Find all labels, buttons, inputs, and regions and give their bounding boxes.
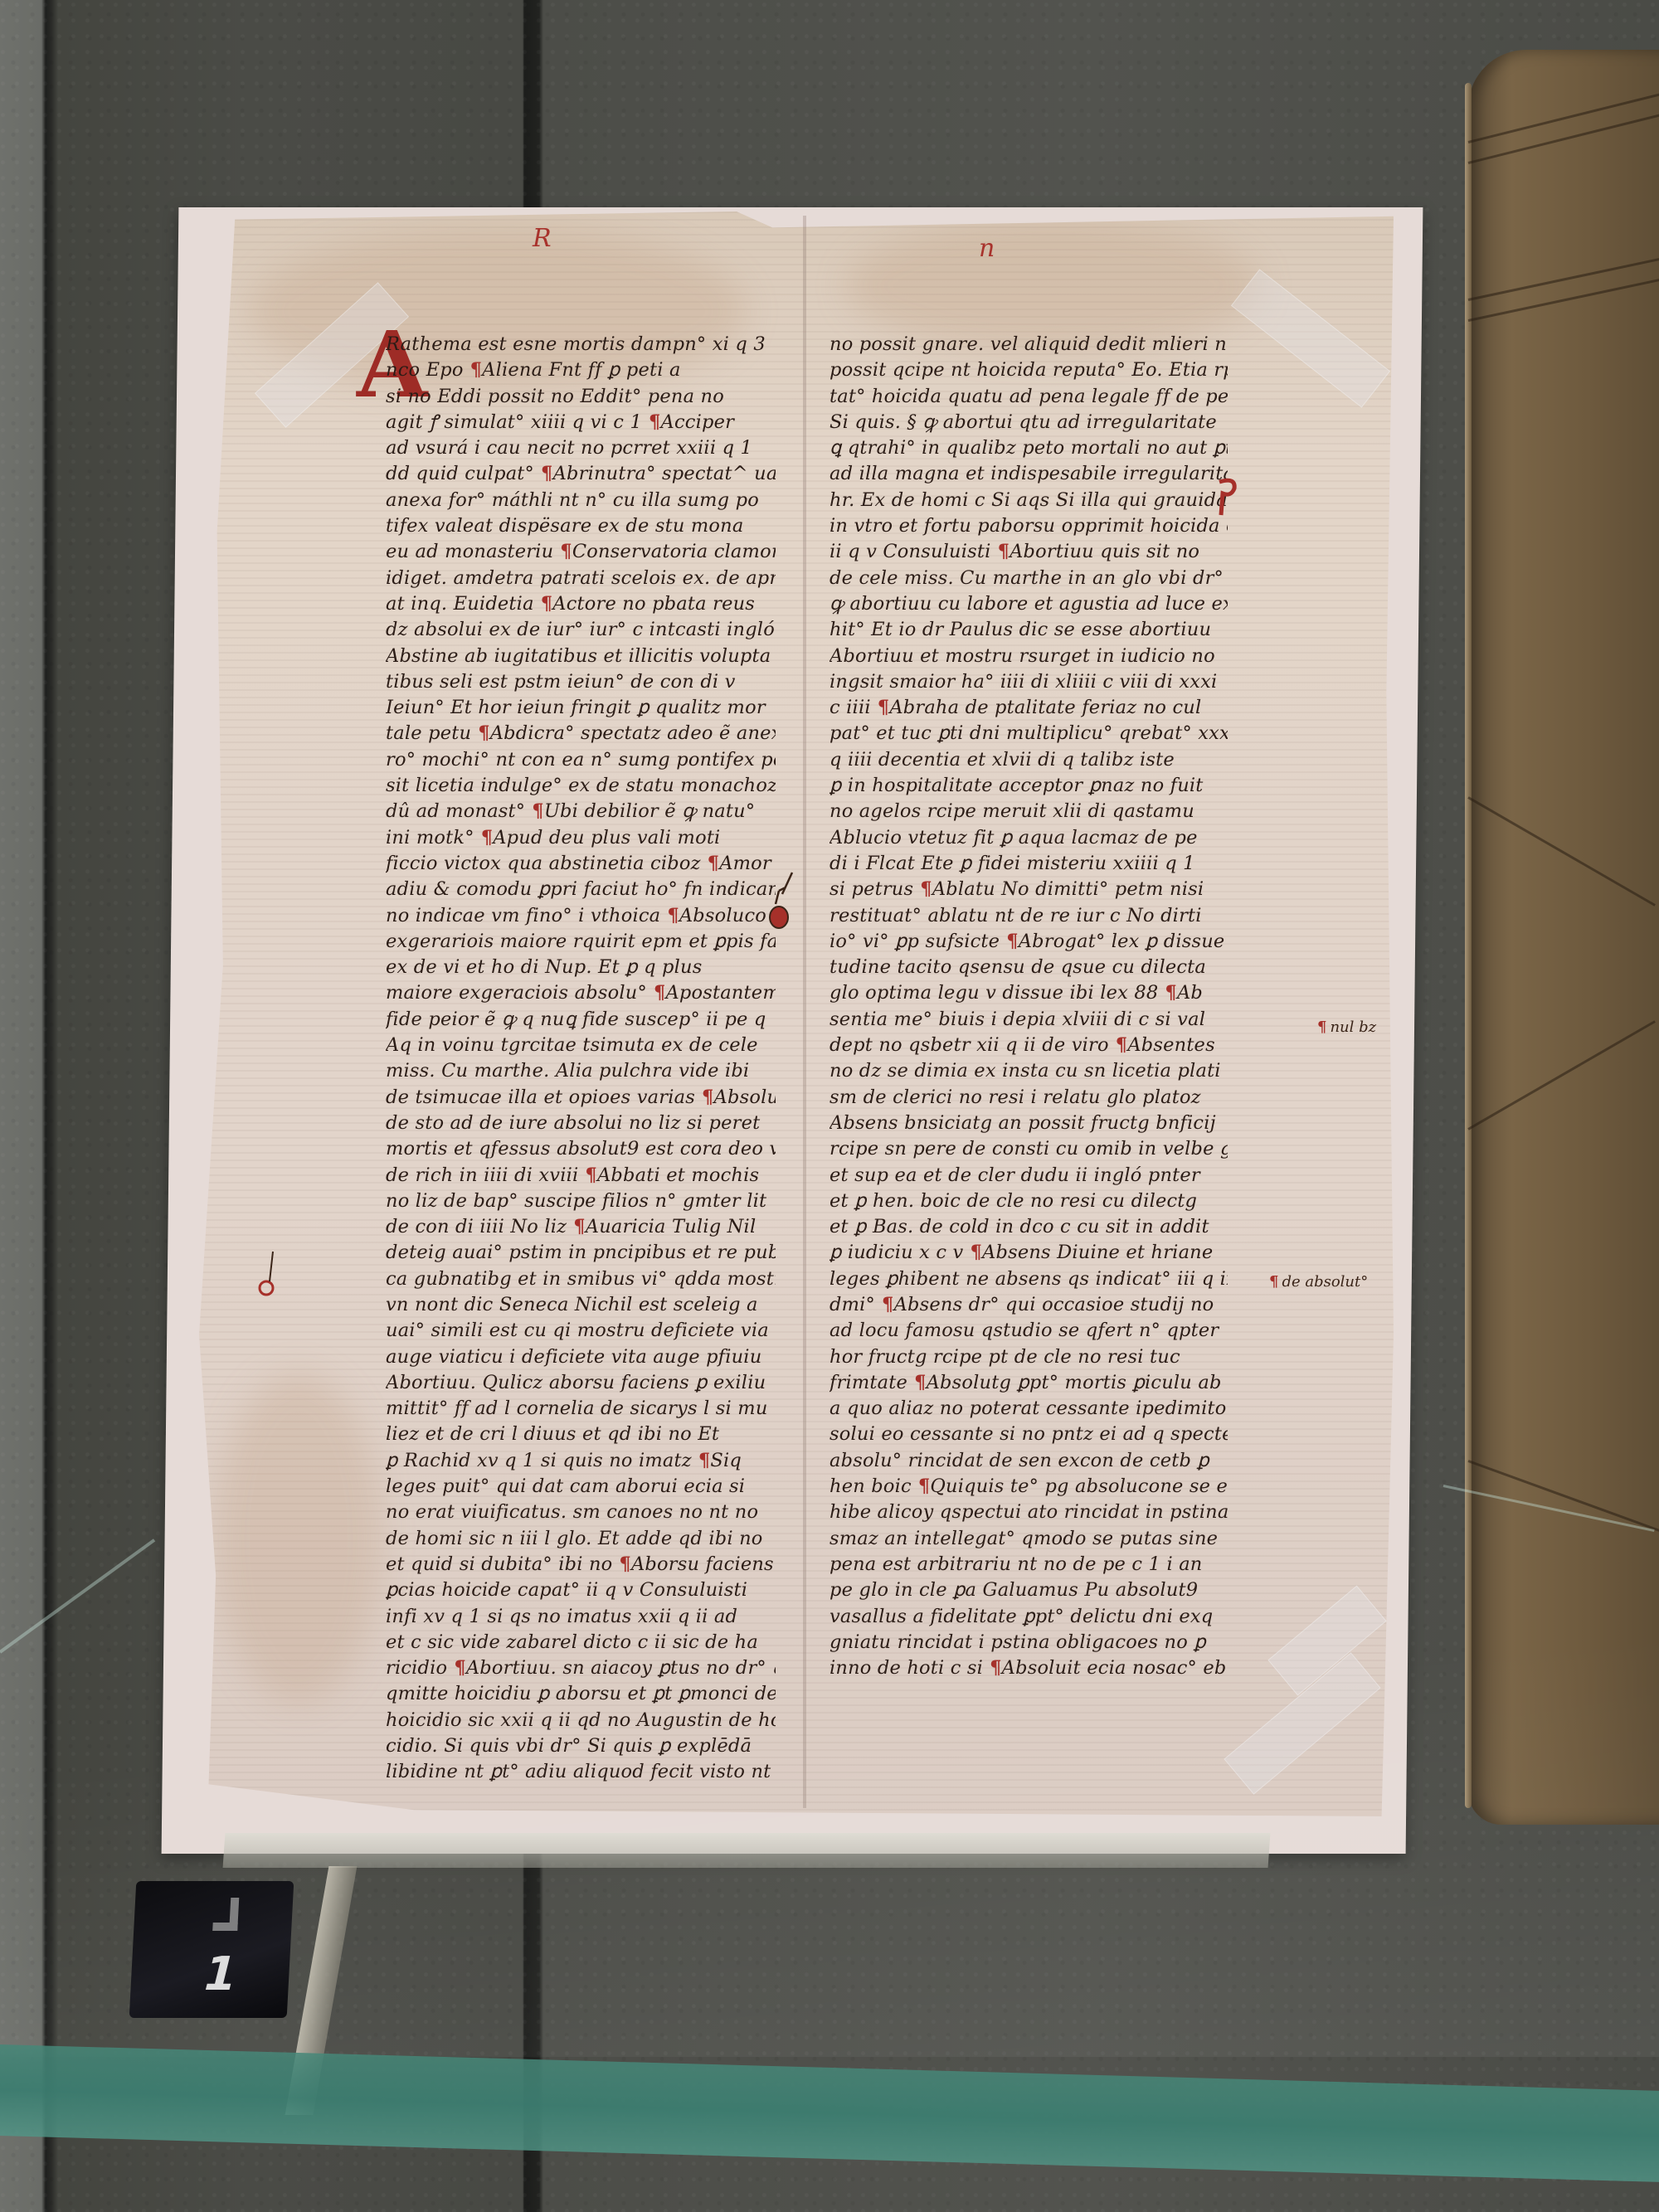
manuscript-line: tat° hoicida quatu ad pena legale ff de … — [829, 384, 1228, 410]
running-header-right: n — [979, 234, 995, 263]
margin-mark-icon — [253, 1248, 286, 1298]
manuscript-line: Si quis. § ꝙ abortui qtu ad irregularita… — [829, 410, 1228, 435]
manuscript-line: ad illa magna et indispesabile irregular… — [829, 461, 1228, 487]
manuscript-line: anexa for° máthli nt n° cu illa sumg po — [386, 488, 776, 513]
pilcrow-icon: ¶ — [701, 853, 720, 874]
manuscript-line: de sto ad de iure absolui no liz si pere… — [386, 1111, 776, 1136]
manuscript-line: miss. Cu marthe. Alia pulchra vide ibi — [386, 1058, 776, 1084]
manuscript-line: ꝑ Rachid xv q 1 si quis no imatz ¶Siq — [386, 1448, 776, 1474]
manuscript-line: frimtate ¶Absolutg ꝑpt° mortis ꝑiculu ab… — [829, 1370, 1228, 1396]
pilcrow-icon: ¶ — [464, 359, 483, 381]
manuscript-line: tifex valeat dispësare ex de stu mona — [386, 513, 776, 539]
manuscript-line: Ablucio vtetuz fit ꝑ aqua lacmaz de pe — [829, 825, 1228, 851]
museum-vitrine-scene: R n A Rathema est esne mortis dampn° xi … — [0, 0, 1659, 2212]
manuscript-line: no liz de bap° suscipe filios n° gmter l… — [386, 1189, 776, 1214]
manuscript-line: no agelos rcipe meruit xlii di qastamu — [829, 799, 1228, 824]
manuscript-line: exgerariois maiore rquirit epm et ꝑpis f… — [386, 929, 776, 955]
manuscript-line: at inq. Euidetia ¶Actore no pbata reus — [386, 591, 776, 617]
pilcrow-icon: ¶ — [991, 541, 1010, 562]
manuscript-line: hit° Et io dr Paulus dic se esse abortiu… — [829, 617, 1228, 643]
manuscript-line: possit qcipe nt hoicida reputa° Eo. Etia… — [829, 357, 1228, 383]
pilcrow-icon: ¶ — [1000, 931, 1019, 952]
manuscript-line: liez et de cri l diuus et qd ibi no Et — [386, 1422, 776, 1447]
manuscript-line: ficcio victox qua abstinetia ciboz ¶Amor — [386, 851, 776, 877]
pilcrow-icon: ¶ — [534, 593, 553, 615]
pilcrow-icon: ¶ — [660, 905, 679, 926]
manuscript-line: no possit gnare. vel aliquid dedit mlier… — [829, 332, 1228, 357]
margin-note-text: de absolut° — [1282, 1273, 1368, 1291]
running-header-left: R — [533, 224, 552, 253]
manuscript-line: de tsimucae illa et opioes varias ¶Absol… — [386, 1085, 776, 1111]
manuscript-line: solui eo cessante si no pntz ei ad q spe… — [829, 1422, 1228, 1447]
manuscript-line: agit ꝭ simulat° xiiii q vi c 1 ¶Acciper — [386, 410, 776, 435]
margin-note-text: nul bz — [1330, 1018, 1376, 1036]
manuscript-line: c iiii ¶Abraha de ptalitate feriaz no cu… — [829, 695, 1228, 721]
manuscript-line: maiore exgeraciois absolu° ¶Apostantem a — [386, 980, 776, 1006]
manuscript-line: dû ad monast° ¶Ubi debilior ẽ ꝙ natu° — [386, 799, 776, 824]
manuscript-line: q iiii decentia et xlvii di q talibz ist… — [829, 747, 1228, 773]
manuscript-line: fide peior ẽ ꝙ q nuꝗ fide suscep° ii pe … — [386, 1007, 776, 1033]
label-bracket-icon — [212, 1898, 239, 1931]
manuscript-line: nco Epo ¶Aliena Fnt ff ꝑ peti a — [386, 357, 776, 383]
manuscript-line: et ꝑ hen. boic de cle no resi cu dilectg — [829, 1189, 1228, 1214]
manuscript-line: sentia me° biuis i depia xlviii di c si … — [829, 1007, 1228, 1033]
manuscript-line: et sup ea et de cler dudu ii ingló pnter — [829, 1163, 1228, 1189]
manuscript-line: si no Eddi possit no Eddit° pena no — [386, 384, 776, 410]
manuscript-line: a quo aliaz no poterat cessante ipedimit… — [829, 1396, 1228, 1422]
manuscript-line: ca gubnatibg et in smibus vi° qdda mostr… — [386, 1266, 776, 1292]
manuscript-line: dd quid culpat° ¶Abrinutra° spectat^ ua … — [386, 461, 776, 487]
manuscript-line: Abstine ab iugitatibus et illicitis volu… — [386, 644, 776, 669]
manuscript-line: ꝙ abortiuu cu labore et agustia ad luce … — [829, 591, 1228, 617]
pilcrow-icon: ¶ — [567, 1216, 586, 1237]
margin-note-2: ¶de absolut° — [1269, 1273, 1368, 1291]
acrylic-display-stand — [223, 1833, 1271, 1868]
pilcrow-icon: ¶ — [695, 1087, 714, 1108]
manuscript-line: ꝑ in hospitalitate acceptor ꝑnaz no fuit — [829, 773, 1228, 799]
manuscript-line: ad vsurá i cau necit no pcrret xxiii q 1 — [386, 435, 776, 461]
pilcrow-icon: ¶ — [578, 1164, 597, 1186]
exhibit-number: 1 — [203, 1947, 238, 2001]
pilcrow-icon: ¶ — [875, 1294, 894, 1315]
manuscript-line: ini motk° ¶Apud deu plus vali moti — [386, 825, 776, 851]
manuscript-line: dz absolui ex de iur° iur° c intcasti in… — [386, 617, 776, 643]
manuscript-line: mittit° ff ad l cornelia de sicarys l si… — [386, 1396, 776, 1422]
manuscript-line: Rathema est esne mortis dampn° xi q 3 — [386, 332, 776, 357]
manuscript-line: Abortiuu. Qulicz aborsu faciens ꝑ exiliu — [386, 1370, 776, 1396]
manuscript-line: ad locu famosu qstudio se qfert n° qpter — [829, 1318, 1228, 1344]
pilcrow-icon: ¶ — [1317, 1018, 1326, 1036]
manuscript-line: Abortiuu et mostru rsurget in iudicio no — [829, 644, 1228, 669]
manuscript-line: ꝗ qtrahi° in qualibz peto mortali no aut… — [829, 435, 1228, 461]
pilcrow-icon: ¶ — [553, 541, 572, 562]
manuscript-line: hr. Ex de homi c Si aqs Si illa qui grau… — [829, 488, 1228, 513]
manuscript-line: tibus seli est pstm ieiun° de con di v — [386, 669, 776, 695]
margin-note-1: ¶nul bz — [1317, 1018, 1376, 1036]
manuscript-line: leges ꝑhibent ne absens qs indicat° iii … — [829, 1266, 1228, 1292]
manuscript-line: auge viaticu i deficiete vita auge pfiui… — [386, 1344, 776, 1370]
manuscript-line: dmi° ¶Absens dr° qui occasioe studij no — [829, 1292, 1228, 1318]
manuscript-line: de rich in iiii di xviii ¶Abbati et moch… — [386, 1163, 776, 1189]
manuscript-line: uai° simili est cu qi mostru deficiete v… — [386, 1318, 776, 1344]
manuscript-line: ro° mochi° nt con ea n° sumg pontifex po… — [386, 747, 776, 773]
pilcrow-icon: ¶ — [525, 800, 544, 822]
pilcrow-icon: ¶ — [871, 697, 890, 718]
pilcrow-icon: ¶ — [1269, 1273, 1278, 1291]
pilcrow-icon: ¶ — [647, 982, 666, 1004]
manuscript-line: restituat° ablatu nt de re iur c No dirt… — [829, 903, 1228, 929]
manuscript-line: glo optima legu v dissue ibi lex 88 ¶Ab — [829, 980, 1228, 1006]
manuscript-line: tudine tacito qsensu de qsue cu dilecta — [829, 955, 1228, 980]
manuscript-line: ingsit smaior ha° iiii di xliiii c viii … — [829, 669, 1228, 695]
manuscript-line: Aq in voinu tgrcitae tsimuta ex de cele — [386, 1033, 776, 1058]
manuscript-line: eu ad monasteriu ¶Conservatoria clamore … — [386, 539, 776, 565]
pilcrow-icon: ¶ — [907, 1372, 927, 1393]
manuscript-line: Absens bnsiciatg an possit fructg bnfici… — [829, 1111, 1228, 1136]
pilcrow-icon: ¶ — [471, 722, 490, 744]
exhibit-number-label: 1 — [129, 1881, 294, 2018]
manuscript-line: adiu & comodu ꝑpri faciut ho° fn indicam — [386, 877, 776, 902]
manuscript-line: si petrus ¶Ablatu No dimitti° petm nisi — [829, 877, 1228, 902]
manuscript-line: idiget. amdetra patrati scelois ex. de a… — [386, 566, 776, 591]
manuscript-line: pat° et tuc ꝑti dni multiplicu° qrebat° … — [829, 721, 1228, 746]
pilcrow-icon: ¶ — [963, 1242, 982, 1263]
manuscript-line: et ꝑ Bas. de cold in dco c cu sit in add… — [829, 1214, 1228, 1240]
manuscript-line: deteig auai° pstim in pncipibus et re pu… — [386, 1240, 776, 1266]
manuscript-line: ii q v Consuluisti ¶Abortiuu quis sit no — [829, 539, 1228, 565]
pilcrow-icon: ¶ — [913, 878, 932, 900]
manuscript-line: Ieiun° Et hor ieiun fringit ꝑ qualitz mo… — [386, 695, 776, 721]
pilcrow-icon: ¶ — [474, 827, 494, 848]
manuscript-line: no dz se dimia ex insta cu sn licetia pl… — [829, 1058, 1228, 1084]
manuscript-line: hor fructg rcipe pt de cle no resi tuc — [829, 1344, 1228, 1370]
manicule-pointing-hand-icon — [767, 871, 800, 937]
manuscript-line: ex de vi et ho di Nup. Et ꝑ q plus — [386, 955, 776, 980]
manuscript-line: sm de clerici no resi i relatu glo plato… — [829, 1085, 1228, 1111]
manuscript-line: absolu° rincidat de sen excon de cetb ꝑ — [829, 1448, 1228, 1474]
pilcrow-icon: ¶ — [692, 1450, 711, 1471]
manuscript-line: dept no qsbetr xii q ii de viro ¶Absente… — [829, 1033, 1228, 1058]
manuscript-line: no indicae vm fino° i vthoica ¶Absoluco — [386, 903, 776, 929]
pilcrow-icon: ¶ — [534, 463, 553, 484]
manuscript-line: sit licetia indulge° ex de statu monacho… — [386, 773, 776, 799]
manuscript-line: de cele miss. Cu marthe in an glo vbi dr… — [829, 566, 1228, 591]
manuscript-line: de con di iiii No liz ¶Auaricia Tulig Ni… — [386, 1214, 776, 1240]
book-tooling-line — [1468, 89, 1659, 143]
manuscript-line: tale petu ¶Abdicra° spectatz adeo ẽ anex… — [386, 721, 776, 746]
manuscript-line: vn nont dic Seneca Nichil est sceleig a — [386, 1292, 776, 1318]
paragraph-mark-icon — [1211, 477, 1244, 518]
pilcrow-icon: ¶ — [1109, 1034, 1128, 1056]
book-tooling-line — [1468, 254, 1659, 301]
pilcrow-icon: ¶ — [1158, 982, 1177, 1004]
manuscript-line: ꝑ iudiciu x c v ¶Absens Diuine et hriane — [829, 1240, 1228, 1266]
manuscript-line: mortis et qfessus absolut9 est cora deo … — [386, 1136, 776, 1162]
manuscript-line: in vtro et fortu paborsu opprimit hoicid… — [829, 513, 1228, 539]
manuscript-line: di i Flcat Ete ꝑ fidei misteriu xxiiii q… — [829, 851, 1228, 877]
manuscript-line: rcipe sn pere de consti cu omib in velbe… — [829, 1136, 1228, 1162]
manuscript-line: io° vi° ꝑp sufsicte ¶Abrogat° lex ꝑ diss… — [829, 929, 1228, 955]
book-tooling-line — [1468, 275, 1659, 322]
book-tooling-line — [1467, 1020, 1656, 1130]
book-tooling-line — [1467, 796, 1656, 907]
pilcrow-icon: ¶ — [642, 411, 661, 433]
